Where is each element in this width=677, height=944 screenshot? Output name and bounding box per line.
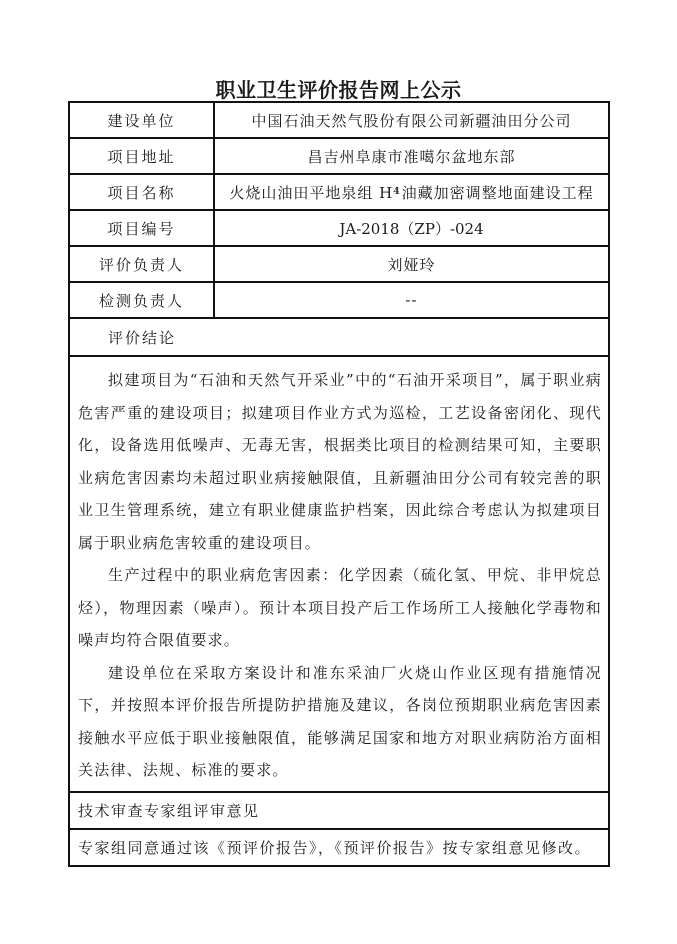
table-row-evaluation-lead: 评价负责人 刘娅玲 xyxy=(70,245,608,281)
row-label: 建设单位 xyxy=(70,103,215,137)
conclusion-paragraph: 建设单位在采取方案设计和准东采油厂火烧山作业区现有措施情况下，并按照本评价报告所… xyxy=(78,657,602,787)
project-name-pre: 火烧山油田平地泉组 H xyxy=(229,182,393,203)
table-row-construction-unit: 建设单位 中国石油天然气股份有限公司新疆油田分公司 xyxy=(70,101,608,137)
row-value: JA-2018（ZP）-024 xyxy=(215,211,608,245)
table-row-project-address: 项目地址 昌吉州阜康市准噶尔盆地东部 xyxy=(70,137,608,173)
conclusion-body-row: 拟建项目为“石油和天然气开采业”中的“石油开采项目”，属于职业病危害严重的建设项… xyxy=(70,355,608,791)
row-label: 项目地址 xyxy=(70,139,215,173)
row-label: 项目编号 xyxy=(70,211,215,245)
conclusion-heading-row: 评价结论 xyxy=(70,317,608,355)
table-row-project-number: 项目编号 JA-2018（ZP）-024 xyxy=(70,209,608,245)
row-value: 中国石油天然气股份有限公司新疆油田分公司 xyxy=(215,103,608,137)
row-value: 刘娅玲 xyxy=(215,247,608,281)
review-opinion: 专家组同意通过该《预评价报告》，《预评价报告》按专家组意见修改。 xyxy=(70,830,591,865)
page-title: 职业卫生评价报告网上公示 xyxy=(0,74,677,103)
conclusion-heading: 评价结论 xyxy=(70,319,176,355)
project-name-sup: 1 xyxy=(395,187,402,197)
review-heading: 技术审查专家组评审意见 xyxy=(70,793,260,828)
table-row-testing-lead: 检测负责人 -- xyxy=(70,281,608,317)
review-heading-row: 技术审查专家组评审意见 xyxy=(70,791,608,828)
row-value: -- xyxy=(215,283,608,317)
table-row-project-name: 项目名称 火烧山油田平地泉组 H41油藏加密调整地面建设工程 xyxy=(70,173,608,209)
row-label: 评价负责人 xyxy=(70,247,215,281)
row-value: 火烧山油田平地泉组 H41油藏加密调整地面建设工程 xyxy=(215,175,608,209)
project-name-post: 油藏加密调整地面建设工程 xyxy=(402,182,594,203)
conclusion-body: 拟建项目为“石油和天然气开采业”中的“石油开采项目”，属于职业病危害严重的建设项… xyxy=(70,357,608,791)
conclusion-paragraph: 拟建项目为“石油和天然气开采业”中的“石油开采项目”，属于职业病危害严重的建设项… xyxy=(78,364,602,559)
conclusion-paragraph: 生产过程中的职业病危害因素：化学因素（硫化氢、甲烷、非甲烷总烃），物理因素（噪声… xyxy=(78,559,602,657)
row-value: 昌吉州阜康市准噶尔盆地东部 xyxy=(215,139,608,173)
info-table: 建设单位 中国石油天然气股份有限公司新疆油田分公司 项目地址 昌吉州阜康市准噶尔… xyxy=(68,101,610,867)
row-label: 检测负责人 xyxy=(70,283,215,317)
row-label: 项目名称 xyxy=(70,175,215,209)
review-opinion-row: 专家组同意通过该《预评价报告》，《预评价报告》按专家组意见修改。 xyxy=(70,828,608,867)
